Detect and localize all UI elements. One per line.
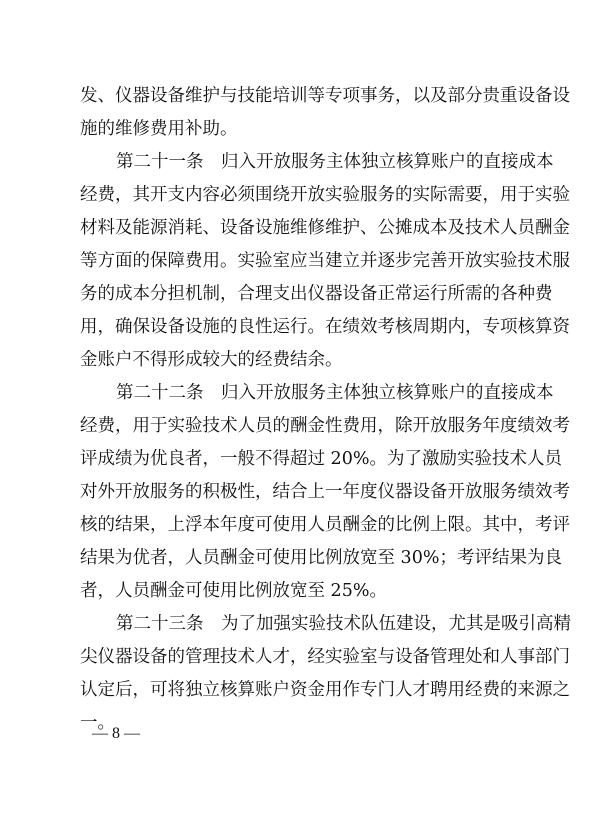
text-line: 等方面的保障费用。实验室应当建立并逐步完善开放实验技术服 [80,245,520,278]
text-line: 核的结果，上浮本年度可使用人员酬金的比例上限。其中，考评 [80,509,520,542]
text-line: 材料及能源消耗、设备设施维修维护、公摊成本及技术人员酬金 [80,212,520,245]
text-line: 者，人员酬金可使用比例放宽至 25%。 [80,575,520,608]
text-line: 用，确保设备设施的良性运行。在绩效考核周期内，专项核算资 [80,311,520,344]
text-line: 施的维修费用补助。 [80,113,520,146]
paragraph-continuation: 发、仪器设备维护与技能培训等专项事务，以及部分贵重设备设 施的维修费用补助。 [80,80,520,146]
paragraph-article-23: 第二十三条 为了加强实验技术队伍建设，尤其是吸引高精 尖仪器设备的管理技术人才，… [80,608,520,740]
document-page: 发、仪器设备维护与技能培训等专项事务，以及部分贵重设备设 施的维修费用补助。 第… [0,0,594,815]
text-line: 评成绩为优良者，一般不得超过 20%。为了激励实验技术人员 [80,443,520,476]
page-number: — 8 — [92,724,140,744]
text-line: 金账户不得形成较大的经费结余。 [80,344,520,377]
text-line: 尖仪器设备的管理技术人才，经实验室与设备管理处和人事部门 [80,641,520,674]
text-line: 发、仪器设备维护与技能培训等专项事务，以及部分贵重设备设 [80,80,520,113]
article-heading-line: 第二十三条 为了加强实验技术队伍建设，尤其是吸引高精 [80,608,520,641]
text-line: 对外开放服务的积极性，结合上一年度仪器设备开放服务绩效考 [80,476,520,509]
text-line: 认定后，可将独立核算账户资金用作专门人才聘用经费的来源之 [80,674,520,707]
text-line: 一。 [80,707,520,740]
article-heading-line: 第二十二条 归入开放服务主体独立核算账户的直接成本 [80,377,520,410]
paragraph-article-22: 第二十二条 归入开放服务主体独立核算账户的直接成本 经费，用于实验技术人员的酬金… [80,377,520,608]
document-body: 发、仪器设备维护与技能培训等专项事务，以及部分贵重设备设 施的维修费用补助。 第… [80,80,520,740]
text-line: 务的成本分担机制，合理支出仪器设备正常运行所需的各种费 [80,278,520,311]
text-line: 经费，其开支内容必须围绕开放实验服务的实际需要，用于实验 [80,179,520,212]
article-heading-line: 第二十一条 归入开放服务主体独立核算账户的直接成本 [80,146,520,179]
paragraph-article-21: 第二十一条 归入开放服务主体独立核算账户的直接成本 经费，其开支内容必须围绕开放… [80,146,520,377]
text-line: 结果为优者，人员酬金可使用比例放宽至 30%；考评结果为良 [80,542,520,575]
text-line: 经费，用于实验技术人员的酬金性费用，除开放服务年度绩效考 [80,410,520,443]
